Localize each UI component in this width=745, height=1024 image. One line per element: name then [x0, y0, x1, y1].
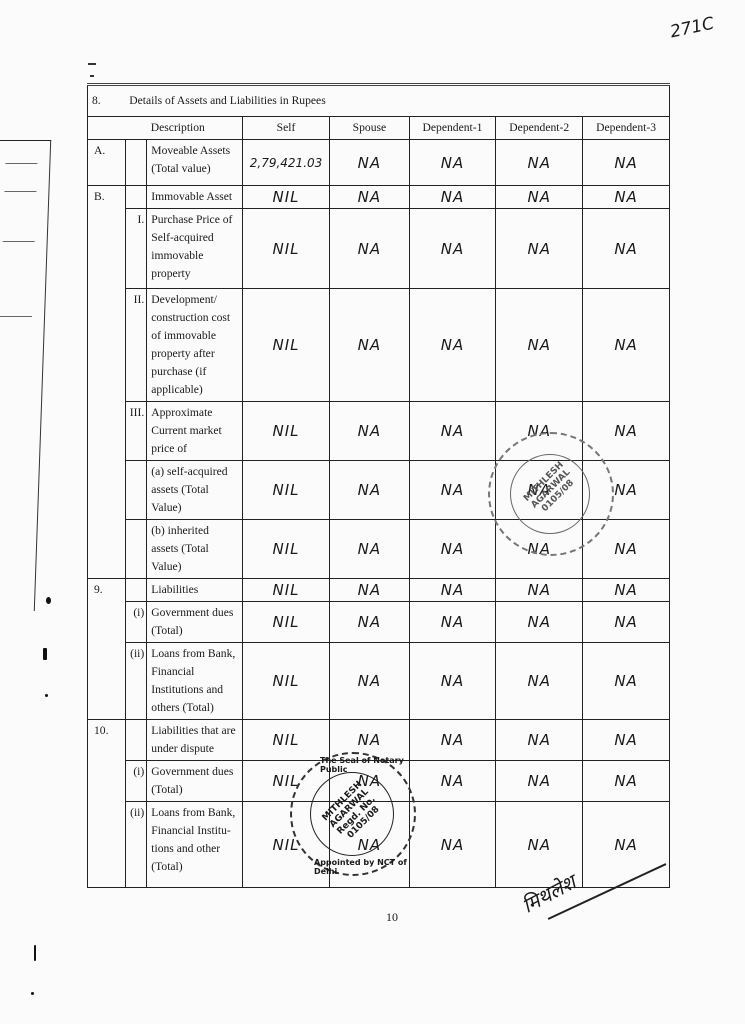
value-dependent-1: NA: [409, 140, 496, 186]
value-dependent-3: NA: [583, 802, 670, 888]
section-title-row: 8. Details of Assets and Liabilities in …: [88, 85, 670, 117]
row-description: Liabilities: [147, 579, 243, 602]
row-sub-number: [125, 720, 146, 761]
value-dependent-3: NA: [583, 186, 670, 209]
row-sub-number: (ii): [125, 643, 146, 720]
table-row: II.Development/ construction cost of imm…: [88, 289, 670, 402]
row-description: Development/ construction cost of immova…: [147, 289, 243, 402]
row-description: Moveable Assets (Total value): [147, 140, 243, 186]
stamp-ring-bottom: Appointed by NCT of Delhi: [314, 858, 414, 876]
value-dependent-3: NA: [583, 289, 670, 402]
value-dependent-3: NA: [583, 643, 670, 720]
row-number: [88, 461, 126, 520]
scan-mark: [88, 63, 96, 65]
row-sub-number: [125, 186, 146, 209]
table-row: 10.Liabilities that are under disputeNIL…: [88, 720, 670, 761]
underlying-page-edge: [0, 140, 51, 611]
value-spouse: NA: [330, 186, 409, 209]
value-dependent-3: NA: [583, 761, 670, 802]
value-dependent-2: NA: [496, 643, 583, 720]
value-self: NIL: [242, 602, 329, 643]
value-dependent-1: NA: [409, 186, 496, 209]
row-sub-number: (ii): [125, 802, 146, 888]
value-self: NIL: [242, 461, 329, 520]
value-dependent-1: NA: [409, 761, 496, 802]
value-dependent-1: NA: [409, 209, 496, 289]
scan-speck: [34, 945, 36, 961]
value-dependent-2: NA: [496, 140, 583, 186]
row-description: Purchase Price of Self-acquired immovabl…: [147, 209, 243, 289]
value-self: NIL: [242, 186, 329, 209]
section-number: 8.: [88, 85, 126, 117]
row-description: Immovable Asset: [147, 186, 243, 209]
table-row: A.Moveable Assets (Total value)2,79,421.…: [88, 140, 670, 186]
row-number: 10.: [88, 720, 126, 761]
value-dependent-3: NA: [583, 579, 670, 602]
row-description: Approximate Current market price of: [147, 402, 243, 461]
handwritten-corner-note: 271C: [668, 14, 716, 43]
row-sub-number: [125, 461, 146, 520]
value-self: NIL: [242, 402, 329, 461]
value-dependent-2: NA: [496, 602, 583, 643]
value-self: NIL: [242, 209, 329, 289]
row-number: B.: [88, 186, 126, 209]
value-dependent-2: NA: [496, 209, 583, 289]
value-dependent-3: NA: [583, 140, 670, 186]
value-dependent-1: NA: [409, 520, 496, 579]
row-number: [88, 289, 126, 402]
row-sub-number: [125, 579, 146, 602]
value-spouse: NA: [330, 461, 409, 520]
header-row: Description Self Spouse Dependent-1 Depe…: [88, 117, 670, 140]
value-spouse: NA: [330, 289, 409, 402]
scan-speck: [45, 694, 48, 697]
value-dependent-1: NA: [409, 602, 496, 643]
value-spouse: NA: [330, 602, 409, 643]
row-description: (b) inherited assets (Total Value): [147, 520, 243, 579]
value-dependent-1: NA: [409, 402, 496, 461]
row-number: [88, 520, 126, 579]
scan-mark: [90, 75, 94, 77]
row-description: Liabilities that are under dispute: [147, 720, 243, 761]
row-sub-number: (i): [125, 761, 146, 802]
value-dependent-2: NA: [496, 761, 583, 802]
row-description: Government dues (Total): [147, 761, 243, 802]
col-header-self: Self: [242, 117, 329, 140]
row-description: Loans from Bank, Financial Institu-tions…: [147, 802, 243, 888]
row-sub-number: III.: [125, 402, 146, 461]
col-header-spouse: Spouse: [330, 117, 409, 140]
scan-speck: [46, 597, 51, 604]
scan-speck: [31, 992, 34, 995]
value-self: NIL: [242, 289, 329, 402]
value-spouse: NA: [330, 140, 409, 186]
value-self: NIL: [242, 720, 329, 761]
row-sub-number: [125, 520, 146, 579]
table-row: (i)Government dues (Total)NILNANANANA: [88, 602, 670, 643]
value-self: 2,79,421.03: [242, 140, 329, 186]
col-header-description: Description: [147, 117, 243, 140]
value-dependent-3: NA: [583, 209, 670, 289]
col-header-dependent-2: Dependent-2: [496, 117, 583, 140]
section-title: Details of Assets and Liabilities in Rup…: [125, 85, 669, 117]
table-row: (ii)Loans from Bank, Financial Instituti…: [88, 643, 670, 720]
row-sub-number: I.: [125, 209, 146, 289]
table-row: B.Immovable AssetNILNANANANA: [88, 186, 670, 209]
value-dependent-2: NA: [496, 720, 583, 761]
page-number: 10: [386, 910, 398, 925]
value-self: NIL: [242, 579, 329, 602]
value-dependent-2: NA: [496, 289, 583, 402]
notary-stamp: MITHLESH AGARWAL Regd. No. 0105/08 The S…: [290, 752, 416, 876]
row-sub-number: II.: [125, 289, 146, 402]
value-dependent-1: NA: [409, 579, 496, 602]
table-row: I.Purchase Price of Self-acquired immova…: [88, 209, 670, 289]
notary-stamp: MITHLESH AGARWAL 0105/08: [488, 432, 614, 556]
value-dependent-2: NA: [496, 186, 583, 209]
value-spouse: NA: [330, 579, 409, 602]
value-dependent-3: NA: [583, 720, 670, 761]
value-self: NIL: [242, 643, 329, 720]
row-sub-number: (i): [125, 602, 146, 643]
row-number: A.: [88, 140, 126, 186]
row-number: [88, 802, 126, 888]
value-dependent-2: NA: [496, 579, 583, 602]
scan-speck: [43, 648, 47, 660]
value-spouse: NA: [330, 402, 409, 461]
value-self: NIL: [242, 520, 329, 579]
value-dependent-1: NA: [409, 720, 496, 761]
table-row: 9.LiabilitiesNILNANANANA: [88, 579, 670, 602]
value-dependent-1: NA: [409, 802, 496, 888]
value-spouse: NA: [330, 520, 409, 579]
row-number: [88, 602, 126, 643]
col-header-dependent-1: Dependent-1: [409, 117, 496, 140]
value-spouse: NA: [330, 643, 409, 720]
row-number: [88, 761, 126, 802]
row-description: (a) self-acquired assets (Total Value): [147, 461, 243, 520]
row-number: [88, 643, 126, 720]
stamp-ring-top: The Seal of Notary Public: [320, 756, 414, 774]
row-number: [88, 209, 126, 289]
row-number: [88, 402, 126, 461]
row-number: 9.: [88, 579, 126, 602]
value-dependent-1: NA: [409, 461, 496, 520]
row-description: Loans from Bank, Financial Institutions …: [147, 643, 243, 720]
value-spouse: NA: [330, 209, 409, 289]
row-sub-number: [125, 140, 146, 186]
value-dependent-3: NA: [583, 602, 670, 643]
value-dependent-1: NA: [409, 643, 496, 720]
col-header-dependent-3: Dependent-3: [583, 117, 670, 140]
row-description: Government dues (Total): [147, 602, 243, 643]
value-dependent-1: NA: [409, 289, 496, 402]
